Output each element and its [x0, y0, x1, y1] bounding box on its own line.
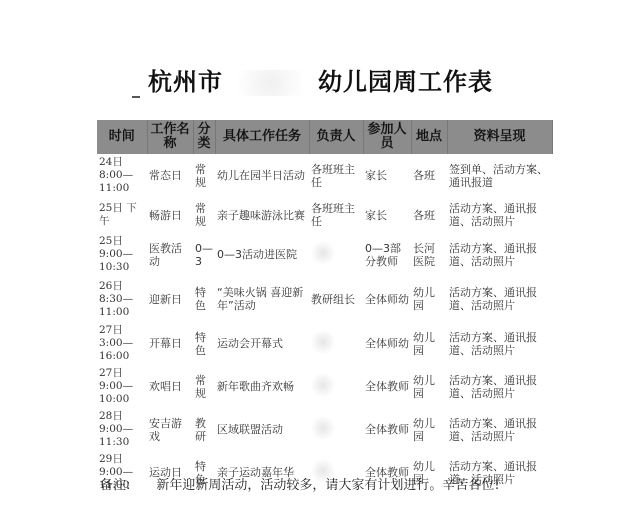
cell-task: 新年歌曲齐欢畅: [215, 365, 309, 408]
cell-time: 28日 9:00—11:30: [97, 408, 147, 451]
decorative-dash: [132, 96, 140, 98]
cell-time: 27日 9:00—10:00: [97, 365, 147, 408]
cell-materials: 活动方案、通讯报道、活动照片: [447, 233, 552, 276]
title-prefix: 杭州市: [148, 68, 223, 96]
header-category: 分类: [193, 120, 215, 154]
redacted-region: [311, 329, 335, 355]
header-location: 地点: [411, 120, 447, 154]
header-work-name: 工作名称: [147, 120, 193, 154]
remark-label: 备注:: [100, 478, 130, 493]
table-row: 26日 8:30—11:00迎新日特色“美味火锅 喜迎新年”活动教研组长全体师幼…: [97, 276, 552, 322]
cell-task: 亲子趣味游泳比赛: [215, 197, 309, 233]
cell-location: 长河医院: [411, 233, 447, 276]
table-row: 25日 下午畅游日常规亲子趣味游泳比赛各班班主任家长各班活动方案、通讯报道、活动…: [97, 197, 552, 233]
table-header-row: 时间 工作名称 分类 具体工作任务 负责人 参加人员 地点 资料呈现: [97, 120, 552, 154]
cell-participants: 全体教师: [363, 408, 411, 451]
cell-participants: 全体师幼: [363, 276, 411, 322]
header-materials: 资料呈现: [447, 120, 552, 154]
cell-task: “美味火锅 喜迎新年”活动: [215, 276, 309, 322]
cell-time: 25日 9:00—10:30: [97, 233, 147, 276]
cell-materials: 活动方案、通讯报道、活动照片: [447, 408, 552, 451]
cell-name: 欢唱日: [147, 365, 193, 408]
cell-location: 幼儿园: [411, 276, 447, 322]
table-row: 27日 9:00—10:00欢唱日常规新年歌曲齐欢畅全体教师幼儿园活动方案、通讯…: [97, 365, 552, 408]
header-task: 具体工作任务: [215, 120, 309, 154]
header-owner: 负责人: [309, 120, 363, 154]
cell-location: 幼儿园: [411, 408, 447, 451]
cell-location: 幼儿园: [411, 365, 447, 408]
table-row: 24日 8:00—11:00常态日常规幼儿在园半日活动各班班主任家长各班签到单、…: [97, 154, 552, 197]
cell-participants: 家长: [363, 154, 411, 197]
cell-category: 特色: [193, 276, 215, 322]
cell-time: 24日 8:00—11:00: [97, 154, 147, 197]
cell-category: 常规: [193, 197, 215, 233]
table-row: 25日 9:00—10:30医教活动0—30—3活动进医院0—3部分教师长河医院…: [97, 233, 552, 276]
cell-task: 运动会开幕式: [215, 322, 309, 365]
cell-category: 常规: [193, 154, 215, 197]
cell-task: 幼儿在园半日活动: [215, 154, 309, 197]
weekly-work-table: 时间 工作名称 分类 具体工作任务 负责人 参加人员 地点 资料呈现 24日 8…: [97, 120, 553, 494]
title-suffix: 幼儿园周工作表: [318, 68, 493, 96]
cell-name: 迎新日: [147, 276, 193, 322]
redacted-region: [311, 372, 335, 398]
cell-participants: 家长: [363, 197, 411, 233]
cell-owner: [309, 365, 363, 408]
cell-name: 医教活动: [147, 233, 193, 276]
redacted-region: [311, 415, 335, 441]
cell-owner: 各班班主任: [309, 154, 363, 197]
header-participants: 参加人员: [363, 120, 411, 154]
cell-name: 开幕日: [147, 322, 193, 365]
page-title: 杭州市幼儿园周工作表: [0, 62, 641, 97]
cell-owner: 教研组长: [309, 276, 363, 322]
cell-location: 各班: [411, 154, 447, 197]
cell-owner: [309, 233, 363, 276]
cell-owner: [309, 322, 363, 365]
cell-owner: [309, 408, 363, 451]
cell-materials: 活动方案、通讯报道、活动照片: [447, 197, 552, 233]
cell-category: 0—3: [193, 233, 215, 276]
cell-category: 特色: [193, 322, 215, 365]
redacted-region: [223, 70, 318, 96]
cell-location: 幼儿园: [411, 322, 447, 365]
cell-participants: 全体师幼: [363, 322, 411, 365]
cell-materials: 活动方案、通讯报道、活动照片: [447, 322, 552, 365]
cell-time: 27日 3:00—16:00: [97, 322, 147, 365]
cell-name: 畅游日: [147, 197, 193, 233]
cell-time: 26日 8:30—11:00: [97, 276, 147, 322]
cell-materials: 签到单、活动方案、通讯报道: [447, 154, 552, 197]
header-time: 时间: [97, 120, 147, 154]
table-row: 27日 3:00—16:00开幕日特色运动会开幕式全体师幼幼儿园活动方案、通讯报…: [97, 322, 552, 365]
cell-materials: 活动方案、通讯报道、活动照片: [447, 365, 552, 408]
cell-materials: 活动方案、通讯报道、活动照片: [447, 276, 552, 322]
cell-location: 各班: [411, 197, 447, 233]
cell-task: 区域联盟活动: [215, 408, 309, 451]
cell-name: 安吉游戏: [147, 408, 193, 451]
table-row: 28日 9:00—11:30安吉游戏教研区域联盟活动全体教师幼儿园活动方案、通讯…: [97, 408, 552, 451]
cell-category: 教研: [193, 408, 215, 451]
cell-task: 0—3活动进医院: [215, 233, 309, 276]
cell-participants: 全体教师: [363, 365, 411, 408]
cell-category: 常规: [193, 365, 215, 408]
cell-time: 25日 下午: [97, 197, 147, 233]
cell-owner: 各班班主任: [309, 197, 363, 233]
cell-participants: 0—3部分教师: [363, 233, 411, 276]
redacted-region: [311, 240, 335, 266]
remark-text: 新年迎新周活动，活动较多，请大家有计划进行。辛苦各位!: [156, 478, 499, 493]
cell-name: 常态日: [147, 154, 193, 197]
remark: 备注:新年迎新周活动，活动较多，请大家有计划进行。辛苦各位!: [100, 474, 500, 493]
